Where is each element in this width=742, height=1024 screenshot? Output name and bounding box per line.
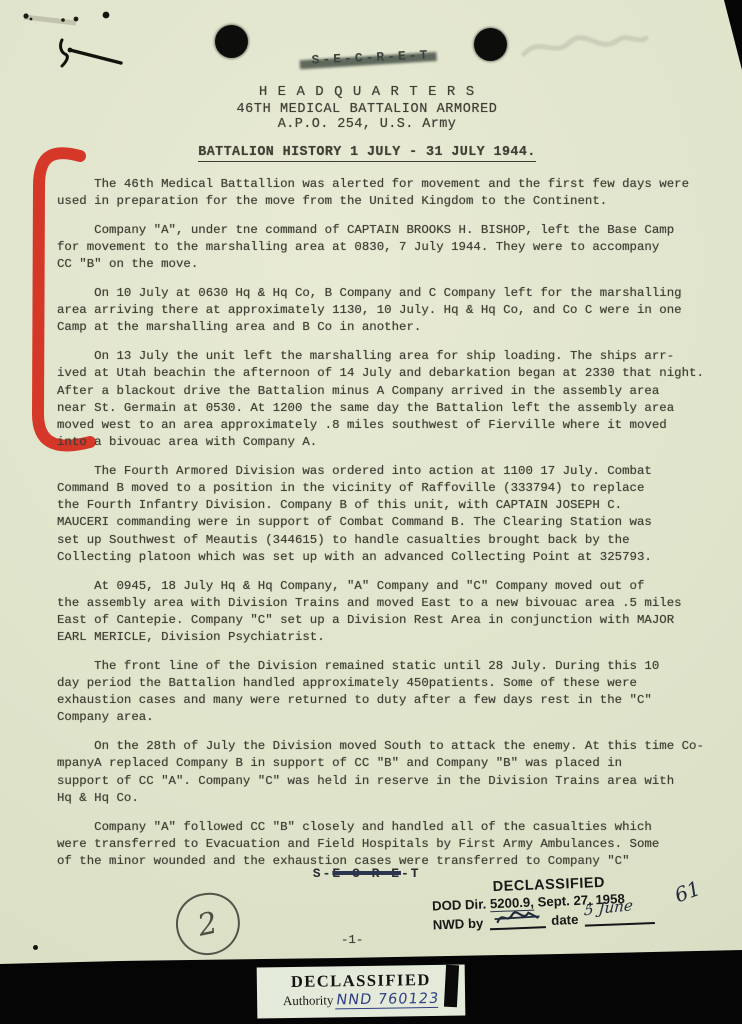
document-header: H E A D Q U A R T E R S 46TH MEDICAL BAT… [0, 84, 734, 162]
ink-speck [33, 945, 38, 950]
history-paragraph: On 10 July at 0630 Hq & Hq Co, B Company… [57, 285, 728, 337]
date-label: date [551, 912, 579, 928]
signature-scribble [493, 907, 542, 927]
date-blank: 5 June [584, 909, 655, 927]
circled-number-value: 2 [195, 905, 221, 943]
secret-bottom-struck: E-C-R-E [332, 866, 401, 881]
history-paragraph: Company "A" followed CC "B" closely and … [57, 819, 728, 871]
battalion-history-title: BATTALION HISTORY 1 JULY - 31 JULY 1944. [198, 145, 535, 162]
authority-row: Authority NND 760123 [263, 991, 459, 1011]
secret-bottom-suffix: -T [401, 866, 421, 881]
apo-line: A.P.O. 254, U.S. Army [0, 117, 734, 132]
paper-sheet: S-E-C-R-E-T H E A D Q U A R T E R S 46TH… [0, 0, 742, 1024]
history-paragraph: Company "A", under tne command of CAPTAI… [57, 222, 728, 274]
declassified-authority-label: DECLASSIFIED Authority NND 760123 [257, 965, 466, 1019]
pencil-scribble [520, 28, 650, 68]
hole-punch-right [474, 28, 507, 61]
history-paragraph: The Fourth Armored Division was ordered … [57, 463, 728, 566]
history-body: The 46th Medical Battallion was alerted … [57, 176, 728, 882]
secret-bottom-prefix: S- [313, 866, 333, 881]
headquarters-line: H E A D Q U A R T E R S [0, 84, 734, 100]
circled-number-annotation: 2 [172, 889, 244, 959]
scanned-document-page: S-E-C-R-E-T H E A D Q U A R T E R S 46TH… [0, 0, 742, 1024]
history-paragraph: The 46th Medical Battallion was alerted … [57, 176, 728, 210]
hole-punch-left [215, 25, 248, 58]
authority-number: NND 760123 [335, 992, 440, 1010]
signature-blank [489, 913, 546, 930]
history-paragraph: At 0945, 18 July Hq & Hq Company, "A" Co… [57, 578, 728, 647]
history-paragraph: The front line of the Division remained … [57, 658, 728, 727]
unit-line: 46TH MEDICAL BATTALION ARMORED [0, 102, 734, 117]
history-paragraph: On the 28th of July the Division moved S… [57, 738, 728, 807]
declassified-stamp: DECLASSIFIED DOD Dir. 5200.9, Sept. 27, … [431, 873, 668, 933]
authority-label: Authority [283, 992, 334, 1009]
secret-stamp-top: S-E-C-R-E-T [311, 47, 430, 67]
ink-smudge-marks [18, 8, 148, 70]
secret-stamp-bottom: S-E-C-R-E-T [313, 866, 421, 881]
history-paragraph: On 13 July the unit left the marshalling… [57, 348, 728, 451]
nwd-by-label: NWD by [432, 916, 483, 933]
dod-directive-prefix: DOD Dir. [432, 896, 487, 913]
secret-stamp-top-text: S-E-C-R-E-T [311, 47, 430, 67]
page-number: -1- [341, 933, 363, 947]
declassified-label-title: DECLASSIFIED [263, 970, 459, 993]
paper-tear-mark [444, 965, 459, 1008]
